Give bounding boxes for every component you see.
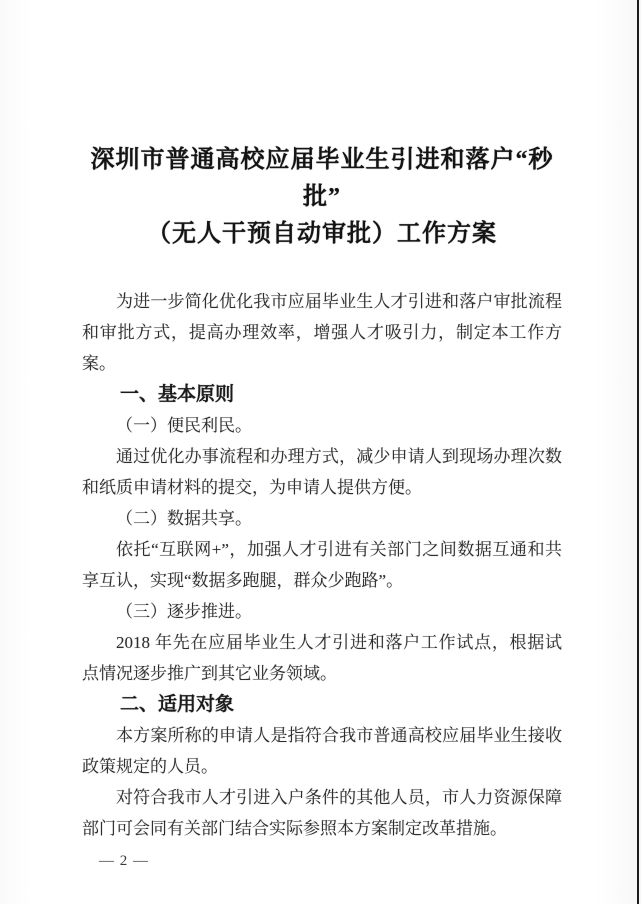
scan-edge-line: [637, 0, 639, 904]
document-title-line-2: （无人干预自动审批）工作方案: [82, 216, 562, 253]
paragraph-convenience: 通过优化办事流程和办理方式，减少申请人到现场办理次数和纸质申请材料的提交，为申请…: [82, 441, 562, 503]
scanned-document-screenshot: { "document": { "title": { "line1": "深圳市…: [0, 0, 641, 904]
document-body: 为进一步简化优化我市应届毕业生人才引进和落户审批流程和审批方式，提高办理效率，增…: [82, 286, 562, 844]
document-title-line-1: 深圳市普通高校应届毕业生引进和落户“秒批”: [82, 142, 562, 216]
section-heading-basic-principles: 一、基本原则: [82, 379, 562, 410]
subsection-heading-3: （三）逐步推进。: [82, 596, 562, 627]
paragraph-gradual-rollout: 2018 年先在应届毕业生人才引进和落户工作试点，根据试点情况逐步推广到其它业务…: [82, 627, 562, 689]
paragraph-applicants: 本方案所称的申请人是指符合我市普通高校应届毕业生接收政策规定的人员。: [82, 720, 562, 782]
paragraph-data-sharing: 依托“互联网+”，加强人才引进有关部门之间数据互通和共享互认，实现“数据多跑腿，…: [82, 534, 562, 596]
subsection-heading-1: （一）便民利民。: [82, 410, 562, 441]
subsection-heading-2: （二）数据共享。: [82, 503, 562, 534]
document-page: 深圳市普通高校应届毕业生引进和落户“秒批” （无人干预自动审批）工作方案 为进一…: [0, 0, 641, 904]
document-content: 深圳市普通高校应届毕业生引进和落户“秒批” （无人干预自动审批）工作方案 为进一…: [82, 0, 562, 875]
document-title: 深圳市普通高校应届毕业生引进和落户“秒批” （无人干预自动审批）工作方案: [82, 142, 562, 253]
page-number: — 2 —: [82, 848, 562, 875]
paragraph-other-persons: 对符合我市人才引进入户条件的其他人员，市人力资源保障部门可会同有关部门结合实际参…: [82, 782, 562, 844]
section-heading-applicable-targets: 二、适用对象: [82, 689, 562, 720]
intro-paragraph: 为进一步简化优化我市应届毕业生人才引进和落户审批流程和审批方式，提高办理效率，增…: [82, 286, 562, 379]
